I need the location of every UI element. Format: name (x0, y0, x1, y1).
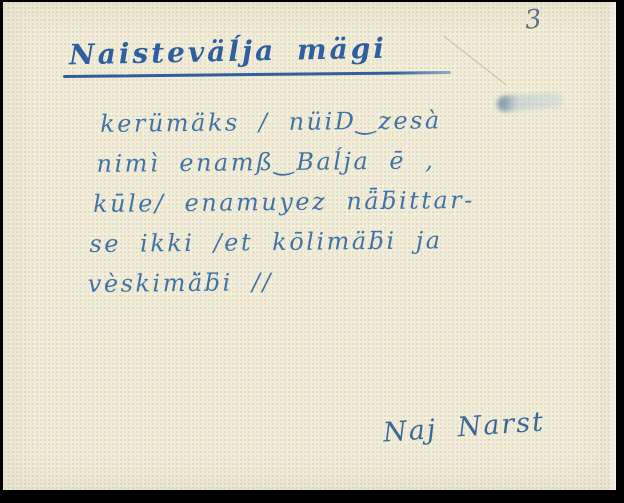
signature: Naj Narst (382, 406, 546, 448)
handwritten-line: nimì enamß‿Baĺja ē , (96, 140, 474, 184)
handwritten-line: vèskimä̀ƃi // (88, 260, 476, 304)
handwritten-text: kerümäks / nüiD‿zesà nimì enamß‿Baĺja ē … (86, 100, 476, 304)
pencil-scratch (443, 35, 507, 85)
handwritten-line: kerümäks / nüiD‿zesà (100, 100, 474, 144)
handwritten-line: kūle/ enamuyez nǟƃittar- (93, 180, 475, 224)
card-edge-highlight (607, 2, 616, 490)
ink-smudge (497, 92, 564, 113)
title-underline (63, 71, 451, 78)
card-title: Naisteväĺja mägi (69, 32, 388, 72)
archive-card: 3 Naisteväĺja mägi kerümäks / nüiD‿zesà … (3, 2, 616, 490)
handwritten-line: se ikki /et kōlimäƃi ja (89, 220, 475, 264)
page-number: 3 (523, 4, 544, 36)
